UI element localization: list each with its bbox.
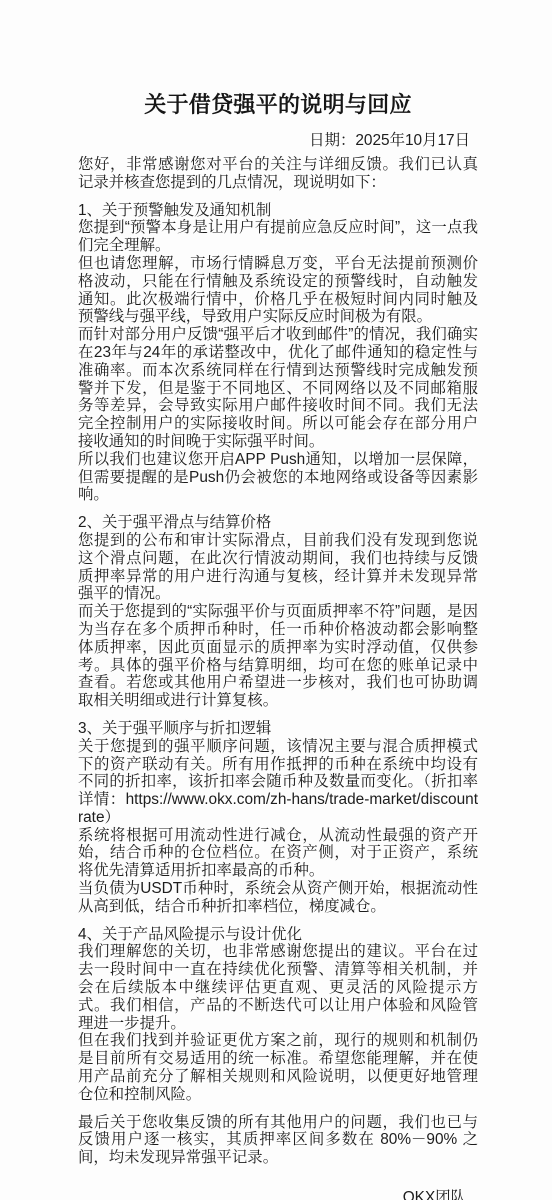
paragraph: 而针对部分用户反馈“强平后才收到邮件”的情况，我们确实在23年与24年的承诺整改… bbox=[78, 326, 478, 451]
signature: OKX团队 bbox=[403, 1189, 466, 1200]
paragraph: 而关于您提到的“实际强平价与页面质押率不符”问题，是因为当存在多个质押币种时，任… bbox=[78, 603, 478, 710]
section-alert-notification: 1、关于预警触发及通知机制 您提到“预警本身是让用户有提前应急反应时间”，这一点… bbox=[78, 202, 478, 505]
section-heading: 1、关于预警触发及通知机制 bbox=[78, 202, 478, 220]
section-product-risk-design: 4、关于产品风险提示与设计优化 我们理解您的关切，也非常感谢您提出的建议。平台在… bbox=[78, 926, 478, 1104]
paragraph: 系统将根据可用流动性进行减仓，从流动性最强的资产开始，结合币种的仓位档位。在资产… bbox=[78, 827, 478, 880]
document-date: 日期：2025年10月17日 bbox=[78, 131, 478, 151]
section-liquidation-order: 3、关于强平顺序与折扣逻辑 关于您提到的强平顺序问题，该情况主要与混合质押模式下… bbox=[78, 720, 478, 916]
paragraph: 您提到“预警本身是让用户有提前应急反应时间”，这一点我们完全理解。 bbox=[78, 219, 478, 255]
closing-paragraph: 最后关于您收集反馈的所有其他用户的问题，我们也已与反馈用户逐一核实，其质押率区间… bbox=[78, 1114, 478, 1167]
section-slippage-settlement: 2、关于强平滑点与结算价格 您提到的公布和审计实际滑点，目前我们没有发现到您说这… bbox=[78, 514, 478, 710]
paragraph: 我们理解您的关切，也非常感谢您提出的建议。平台在过去一段时间中一直在持续优化预警… bbox=[78, 943, 478, 1032]
paragraph: 您提到的公布和审计实际滑点，目前我们没有发现到您说这个滑点问题，在此次行情波动期… bbox=[78, 532, 478, 603]
section-heading: 2、关于强平滑点与结算价格 bbox=[78, 514, 478, 532]
paragraph: 关于您提到的强平顺序问题，该情况主要与混合质押模式下的资产联动有关。所有用作抵押… bbox=[78, 738, 478, 827]
paragraph: 但在我们找到并验证更优方案之前，现行的规则和机制仍是目前所有交易适用的统一标准。… bbox=[78, 1032, 478, 1103]
document-page: 关于借贷强平的说明与回应 日期：2025年10月17日 您好，非常感谢您对平台的… bbox=[0, 0, 552, 1167]
section-heading: 3、关于强平顺序与折扣逻辑 bbox=[78, 720, 478, 738]
paragraph: 当负债为USDT币种时，系统会从资产侧开始，根据流动性从高到低，结合币种折扣率档… bbox=[78, 880, 478, 916]
page-title: 关于借贷强平的说明与回应 bbox=[78, 0, 478, 120]
paragraph: 所以我们也建议您开启APP Push通知，以增加一层保障，但需要提醒的是Push… bbox=[78, 451, 478, 504]
intro-paragraph: 您好，非常感谢您对平台的关注与详细反馈。我们已认真记录并核查您提到的几点情况，现… bbox=[78, 156, 478, 192]
document-screenshot: { "theme": { "background": "#fdfdfd", "t… bbox=[0, 0, 552, 1200]
section-heading: 4、关于产品风险提示与设计优化 bbox=[78, 926, 478, 944]
paragraph: 但也请您理解，市场行情瞬息万变，平台无法提前预测价格波动，只能在行情触及系统设定… bbox=[78, 255, 478, 326]
